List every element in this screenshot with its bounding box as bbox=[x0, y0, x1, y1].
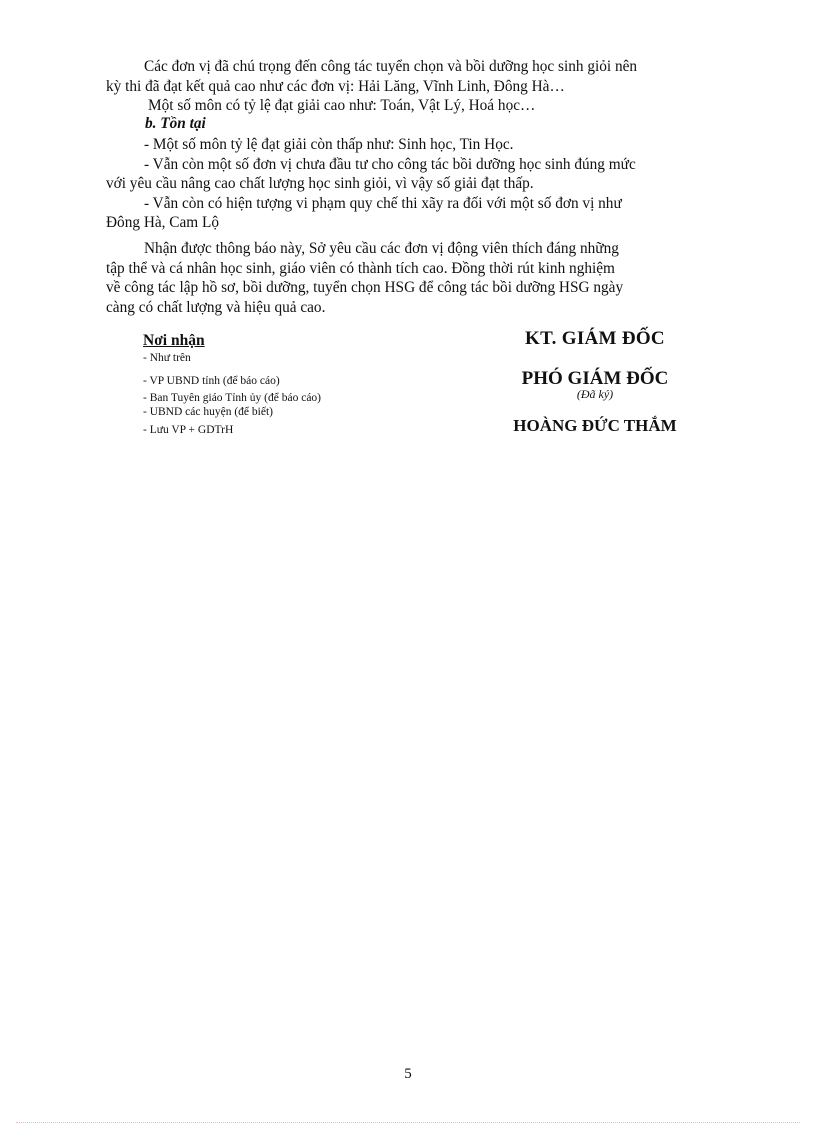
text-line: về công tác lập hồ sơ, bồi dưỡng, tuyển … bbox=[106, 278, 720, 298]
recipient-item: - VP UBND tỉnh (để báo cáo) bbox=[143, 374, 321, 388]
page-number: 5 bbox=[0, 1066, 816, 1083]
recipients-title: Nơi nhận bbox=[143, 332, 321, 350]
recipient-item: - UBND các huyện (để biết) bbox=[143, 405, 321, 419]
list-item-continued: Đông Hà, Cam Lộ bbox=[106, 213, 720, 233]
recipient-item: - Như trên bbox=[143, 351, 321, 365]
list-item: - Vẫn còn có hiện tượng vi phạm quy chế … bbox=[106, 194, 720, 214]
recipient-item: - Lưu VP + GDTrH bbox=[143, 423, 321, 437]
document-page: Các đơn vị đã chú trọng đến công tác tuy… bbox=[0, 0, 816, 1123]
text-line: tập thể và cá nhân học sinh, giáo viên c… bbox=[106, 259, 720, 279]
signature-title: KT. GIÁM ĐỐC bbox=[490, 328, 700, 350]
signature-block: KT. GIÁM ĐỐC PHÓ GIÁM ĐỐC (Đã ký) HOÀNG … bbox=[490, 328, 700, 436]
closing-paragraph: Nhận được thông báo này, Sở yêu cầu các … bbox=[106, 239, 720, 317]
text-line: kỳ thi đã đạt kết quả cao như các đơn vị… bbox=[106, 77, 720, 97]
signer-name: HOÀNG ĐỨC THẮM bbox=[490, 416, 700, 436]
paragraph-achievements: Các đơn vị đã chú trọng đến công tác tuy… bbox=[106, 57, 720, 116]
section-heading: b. Tồn tại bbox=[145, 115, 206, 133]
list-item: - Một số môn tỷ lệ đạt giải còn thấp như… bbox=[106, 135, 720, 155]
section-b-list: - Một số môn tỷ lệ đạt giải còn thấp như… bbox=[106, 135, 720, 233]
list-item-continued: với yêu cầu nâng cao chất lượng học sinh… bbox=[106, 174, 720, 194]
recipients-block: Nơi nhận - Như trên - VP UBND tỉnh (để b… bbox=[143, 332, 321, 437]
text-line: Một số môn có tỷ lệ đạt giải cao như: To… bbox=[106, 96, 720, 116]
text-line: càng có chất lượng và hiệu quả cao. bbox=[106, 298, 720, 318]
text-line: Các đơn vị đã chú trọng đến công tác tuy… bbox=[106, 57, 720, 77]
text-line: Nhận được thông báo này, Sở yêu cầu các … bbox=[106, 239, 720, 259]
list-item: - Vẫn còn một số đơn vị chưa đầu tư cho … bbox=[106, 155, 720, 175]
recipient-item: - Ban Tuyên giáo Tỉnh ủy (để báo cáo) bbox=[143, 391, 321, 405]
